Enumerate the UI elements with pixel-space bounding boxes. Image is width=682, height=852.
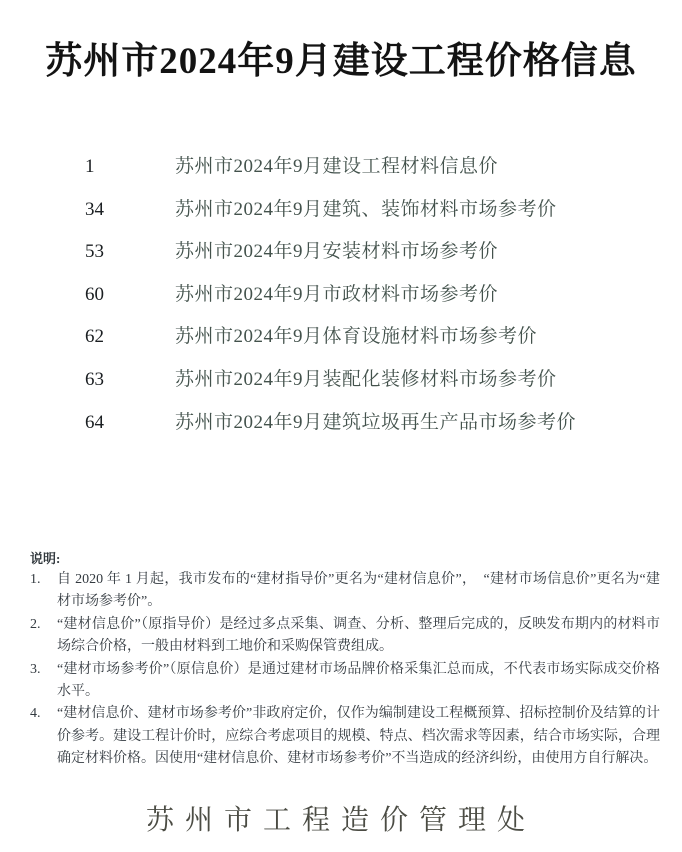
note-text: 自 2020 年 1 月起，我市发布的“建材指导价”更名为“建材信息价”， “建…: [57, 569, 660, 614]
document-page: 苏州市2024年9月建设工程价格信息 1 苏州市2024年9月建设工程材料信息价…: [0, 0, 682, 852]
note-item: 3. “建材市场参考价”（原信息价）是通过建材市场品牌价格采集汇总而成，不代表市…: [30, 659, 660, 704]
footer-organization: 苏州市工程造价管理处: [0, 798, 682, 838]
toc-entry-title: 苏州市2024年9月建筑、装饰材料市场参考价: [175, 199, 642, 221]
toc-entry-title: 苏州市2024年9月市政材料市场参考价: [175, 284, 642, 306]
toc-entry: 64 苏州市2024年9月建筑垃圾再生产品市场参考价: [85, 412, 642, 455]
note-text: “建材市场参考价”（原信息价）是通过建材市场品牌价格采集汇总而成，不代表市场实际…: [57, 659, 660, 704]
toc-page-number: 64: [85, 412, 175, 434]
toc-entry: 63 苏州市2024年9月装配化装修材料市场参考价: [85, 369, 642, 412]
toc-page-number: 63: [85, 369, 175, 391]
toc-entry-title: 苏州市2024年9月安装材料市场参考价: [175, 241, 642, 263]
toc-page-number: 60: [85, 284, 175, 306]
note-number: 3.: [30, 659, 57, 704]
toc-entry-title: 苏州市2024年9月体育设施材料市场参考价: [175, 326, 642, 348]
toc-entry-title: 苏州市2024年9月建设工程材料信息价: [175, 156, 642, 178]
note-number: 4.: [30, 703, 57, 770]
note-text: “建材信息价”（原指导价）是经过多点采集、调查、分析、整理后完成的，反映发布期内…: [57, 614, 660, 659]
toc-page-number: 34: [85, 199, 175, 221]
toc-entry: 1 苏州市2024年9月建设工程材料信息价: [85, 156, 642, 199]
note-item: 1. 自 2020 年 1 月起，我市发布的“建材指导价”更名为“建材信息价”，…: [30, 569, 660, 614]
page-title: 苏州市2024年9月建设工程价格信息: [0, 30, 682, 84]
toc-entry: 62 苏州市2024年9月体育设施材料市场参考价: [85, 326, 642, 369]
toc-entry: 34 苏州市2024年9月建筑、装饰材料市场参考价: [85, 199, 642, 242]
notes-heading: 说明:: [30, 548, 660, 569]
note-item: 2. “建材信息价”（原指导价）是经过多点采集、调查、分析、整理后完成的，反映发…: [30, 614, 660, 659]
toc-entry-title: 苏州市2024年9月装配化装修材料市场参考价: [175, 369, 642, 391]
note-item: 4. “建材信息价、建材市场参考价”非政府定价，仅作为编制建设工程概预算、招标控…: [30, 703, 660, 770]
notes-section: 说明: 1. 自 2020 年 1 月起，我市发布的“建材指导价”更名为“建材信…: [30, 548, 660, 771]
table-of-contents: 1 苏州市2024年9月建设工程材料信息价 34 苏州市2024年9月建筑、装饰…: [85, 156, 642, 454]
toc-entry: 60 苏州市2024年9月市政材料市场参考价: [85, 284, 642, 327]
note-text: “建材信息价、建材市场参考价”非政府定价，仅作为编制建设工程概预算、招标控制价及…: [57, 703, 660, 770]
toc-entry-title: 苏州市2024年9月建筑垃圾再生产品市场参考价: [175, 412, 642, 434]
note-number: 1.: [30, 569, 57, 614]
toc-page-number: 1: [85, 156, 175, 178]
note-number: 2.: [30, 614, 57, 659]
toc-page-number: 53: [85, 241, 175, 263]
toc-entry: 53 苏州市2024年9月安装材料市场参考价: [85, 241, 642, 284]
toc-page-number: 62: [85, 326, 175, 348]
